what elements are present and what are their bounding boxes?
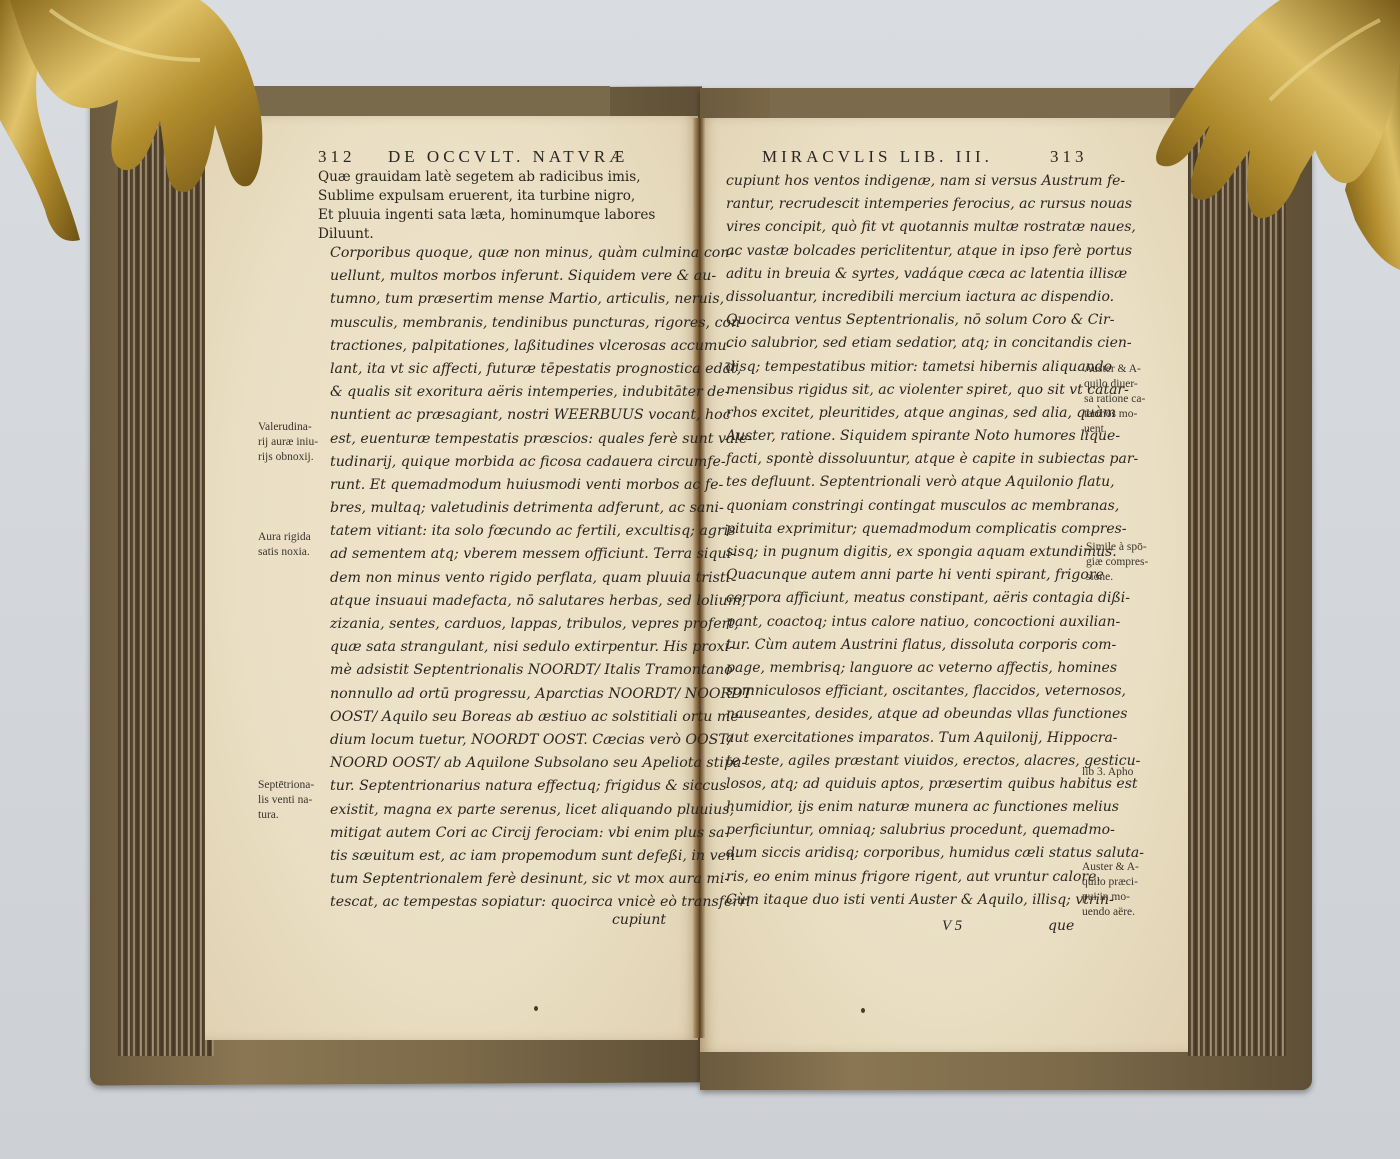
right-page-number: 313 bbox=[1050, 147, 1088, 167]
brass-hand-right-icon bbox=[1150, 0, 1400, 270]
text-line: nuntient ac præsagiant, nostri WEERBUUS … bbox=[330, 404, 752, 427]
text-line: atque insuaui madefacta, nō salutares he… bbox=[330, 590, 752, 613]
text-line: uellunt, multos morbos inferunt. Siquide… bbox=[330, 265, 752, 288]
photo-scene: 312 DE OCCVLT. NATVRÆ Quæ grauidam latè … bbox=[0, 0, 1400, 1159]
text-line: quæ sata strangulant, nisi sedulo extirp… bbox=[330, 636, 752, 659]
text-line: pituita exprimitur; quemadmodum complica… bbox=[726, 518, 1144, 541]
right-running-head: MIRACVLIS LIB. III. bbox=[762, 147, 993, 167]
right-margin-note-1: Auster & A- quilo diuer- sa ratione ca- … bbox=[1084, 362, 1145, 437]
text-line: dem non minus vento rigido perflata, qua… bbox=[330, 567, 752, 590]
text-line: nonnullo ad ortū progressu, Aparctias NO… bbox=[330, 683, 752, 706]
text-line: & qualis sit exoritura aëris intemperies… bbox=[330, 381, 752, 404]
text-line: tur. Cùm autem Austrini flatus, dissolut… bbox=[726, 634, 1144, 657]
right-margin-note-3: lib 3. Apho bbox=[1082, 765, 1133, 780]
left-margin-note-2: Aura rigida satis noxia. bbox=[258, 530, 311, 560]
text-line: quoniam constringi contingat musculos ac… bbox=[726, 495, 1144, 518]
text-line: runt. Et quemadmodum huiusmodi venti mor… bbox=[330, 474, 752, 497]
text-line: dium locum tuetur, NOORDT OOST. Cæcias v… bbox=[330, 729, 752, 752]
text-line: somniculosos efficiant, oscitantes, flac… bbox=[726, 680, 1144, 703]
paper-speck bbox=[861, 1008, 865, 1013]
text-line: Quacunque autem anni parte hi venti spir… bbox=[726, 564, 1144, 587]
text-line: existit, magna ex parte serenus, licet a… bbox=[330, 799, 752, 822]
page-edges-left bbox=[118, 126, 214, 1056]
text-line: tumno, tum præsertim mense Martio, artic… bbox=[330, 288, 752, 311]
text-line: tudinarij, quique morbida ac ficosa cada… bbox=[330, 451, 752, 474]
verse-line: Sublime expulsam eruerent, ita turbine n… bbox=[318, 187, 655, 206]
text-line: Corporibus quoque, quæ non minus, quàm c… bbox=[330, 242, 752, 265]
text-line: musculis, membranis, tendinibus punctura… bbox=[330, 312, 752, 335]
text-line: Quocirca ventus Septentrionalis, nō solu… bbox=[726, 309, 1144, 332]
text-line: mè adsistit Septentrionalis NOORDT/ Ital… bbox=[330, 659, 752, 682]
left-margin-note-3: Septētriona- lis venti na- tura. bbox=[258, 778, 314, 823]
left-margin-note-1: Valerudina- rij auræ iniu- rijs obnoxij. bbox=[258, 420, 318, 465]
text-line: humidior, ijs enim naturæ munera ac func… bbox=[726, 796, 1144, 819]
book-spine-top-right bbox=[770, 88, 1170, 122]
text-line: disq; tempestatibus mitior: tametsi hibe… bbox=[726, 356, 1144, 379]
signature-mark: V 5 bbox=[942, 918, 962, 935]
text-line: mensibus rigidus sit, ac violenter spire… bbox=[726, 379, 1144, 402]
text-line: pant, coactoq; intus calore natiuo, conc… bbox=[726, 611, 1144, 634]
text-line: ad sementem atq; vberem messem officiunt… bbox=[330, 543, 752, 566]
text-line: Auster, ratione. Siquidem spirante Noto … bbox=[726, 425, 1144, 448]
text-line: NOORD OOST/ ab Aquilone Subsolano seu Ap… bbox=[330, 752, 752, 775]
text-line: cio salubrior, sed etiam sedatior, atq; … bbox=[726, 332, 1144, 355]
text-line: rantur, recrudescit intemperies ferocius… bbox=[726, 193, 1144, 216]
text-line: tum Septentrionalem ferè desinunt, sic v… bbox=[330, 868, 752, 891]
left-verse: Quæ grauidam latè segetem ab radicibus i… bbox=[318, 168, 655, 244]
text-line: corpora afficiunt, meatus constipant, aë… bbox=[726, 587, 1144, 610]
left-body-text: Corporibus quoque, quæ non minus, quàm c… bbox=[330, 242, 752, 914]
text-line: mitigat autem Cori ac Circij ferociam: v… bbox=[330, 822, 752, 845]
text-line: tur. Septentrionarius natura effectuq; f… bbox=[330, 775, 752, 798]
text-line: page, membrisq; languore ac veterno affe… bbox=[726, 657, 1144, 680]
right-margin-note-4: Auster & A- quilo præci- pui in mo- uend… bbox=[1082, 860, 1139, 920]
verse-line: Et pluuia ingenti sata læta, hominumque … bbox=[318, 206, 655, 225]
text-line: bres, multaq; valetudinis detrimenta adf… bbox=[330, 497, 752, 520]
text-line: rhos excitet, pleuritides, atque anginas… bbox=[726, 402, 1144, 425]
text-line: tatem vitiant: ita solo fœcundo ac ferti… bbox=[330, 520, 752, 543]
text-line: zizania, sentes, carduos, lappas, tribul… bbox=[330, 613, 752, 636]
verse-line: Quæ grauidam latè segetem ab radicibus i… bbox=[318, 168, 655, 187]
text-line: est, euenturæ tempestatis præscios: qual… bbox=[330, 428, 752, 451]
right-body-text: cupiunt hos ventos indigenæ, nam si vers… bbox=[726, 170, 1144, 912]
text-line: ac vastæ bolcades periclitentur, atque i… bbox=[726, 240, 1144, 263]
text-line: facti, spontè dissoluuntur, atque è capi… bbox=[726, 448, 1144, 471]
right-catchword: que bbox=[1048, 918, 1074, 934]
text-line: OOST/ Aquilo seu Boreas ab æstiuo ac sol… bbox=[330, 706, 752, 729]
text-line: sisq; in pugnum digitis, ex spongia aqua… bbox=[726, 541, 1144, 564]
left-catchword: cupiunt bbox=[612, 912, 666, 928]
left-running-head: DE OCCVLT. NATVRÆ bbox=[388, 147, 628, 167]
left-page-number: 312 bbox=[318, 147, 356, 167]
text-line: tescat, ac tempestas sopiatur: quocirca … bbox=[330, 891, 752, 914]
text-line: lant, ita vt sic affecti, futuræ tēpesta… bbox=[330, 358, 752, 381]
right-margin-note-2: Simile à spō- giæ compres- sione. bbox=[1086, 540, 1148, 585]
brass-hand-left-icon bbox=[0, 0, 280, 250]
text-line: nauseantes, desides, atque ad obeundas v… bbox=[726, 703, 1144, 726]
text-line: dissoluantur, incredibili mercium iactur… bbox=[726, 286, 1144, 309]
text-line: tis sæuitum est, ac iam propemodum sunt … bbox=[330, 845, 752, 868]
text-line: tes defluunt. Septentrionali verò atque … bbox=[726, 471, 1144, 494]
text-line: cupiunt hos ventos indigenæ, nam si vers… bbox=[726, 170, 1144, 193]
text-line: perficiuntur, omniaq; salubrius procedun… bbox=[726, 819, 1144, 842]
paper-speck bbox=[534, 1006, 538, 1011]
text-line: aut exercitationes imparatos. Tum Aquilo… bbox=[726, 727, 1144, 750]
text-line: aditu in breuia & syrtes, vadáque cæca a… bbox=[726, 263, 1144, 286]
text-line: vires concipit, quò fit vt quotannis mul… bbox=[726, 216, 1144, 239]
text-line: tractiones, palpitationes, laßitudines v… bbox=[330, 335, 752, 358]
